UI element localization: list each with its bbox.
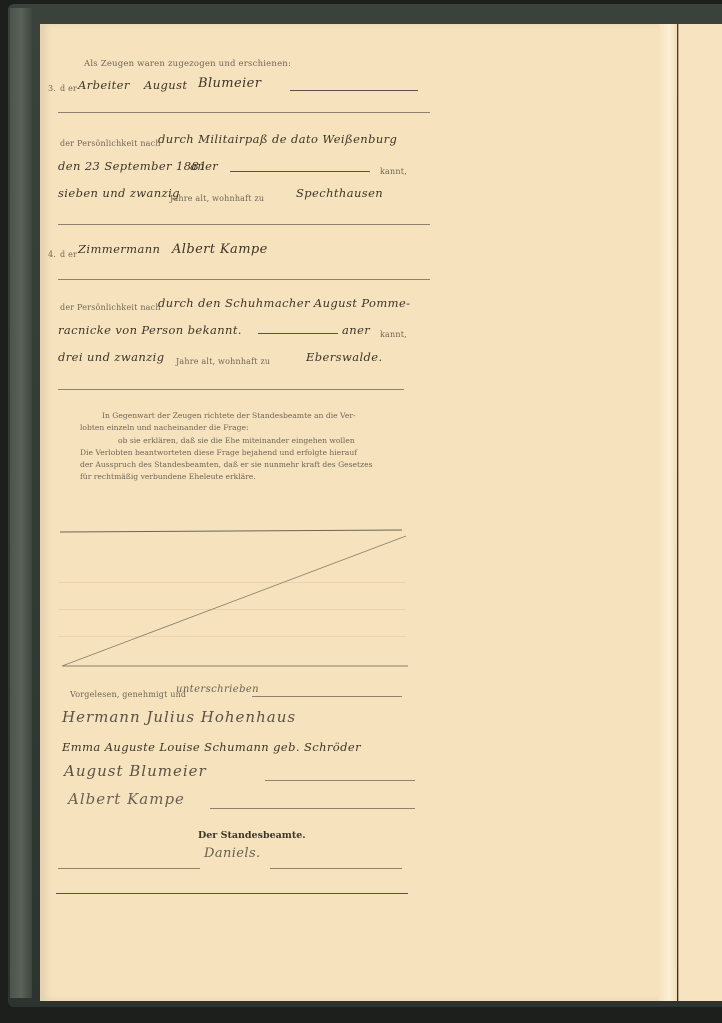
witness4-number: 4. xyxy=(48,250,56,259)
witness4-residence: Eberswalde. xyxy=(306,350,383,364)
witness4-prefix: d er xyxy=(60,250,77,259)
witness4-separator xyxy=(58,279,430,280)
official-signature: Daniels. xyxy=(204,846,261,861)
signature-witness4-rule xyxy=(210,808,415,809)
signature-groom: Hermann Julius Hohenhaus xyxy=(62,708,296,726)
signature-witness3: August Blumeier xyxy=(64,762,207,780)
declaration-line: lobten einzeln und nacheinander die Frag… xyxy=(80,422,410,434)
declaration-paragraph: In Gegenwart der Zeugen richtete der Sta… xyxy=(80,410,410,484)
declaration-line: der Ausspruch des Standesbeamten, daß er… xyxy=(80,459,410,471)
official-rule-right xyxy=(270,868,402,869)
signature-label-hand: unterschrieben xyxy=(176,684,259,695)
signature-witness4: Albert Kampe xyxy=(68,790,185,808)
witness4-identity-line1: durch den Schuhmacher August Pomme- xyxy=(158,296,410,310)
witness-intro: Als Zeugen waren zugezogen und erschiene… xyxy=(84,59,291,69)
witness3-residence: Spechthausen xyxy=(296,186,383,200)
witness4-name: Albert Kampe xyxy=(172,242,268,257)
witness3-occupation: Arbeiter xyxy=(78,78,130,92)
witness4-identity-suffix: aner xyxy=(342,323,370,337)
witness4-identity-rule xyxy=(258,333,338,334)
witness4-age-label: Jahre alt, wohnhaft zu xyxy=(176,357,270,366)
witness3-kannt: kannt, xyxy=(380,167,407,176)
witness3-age: sieben und zwanzig xyxy=(58,186,180,200)
witness3-bottom-rule xyxy=(58,224,430,225)
witness4-identity-label: der Persönlichkeit nach xyxy=(60,303,161,312)
witness3-identity-line2: den 23 September 1881 xyxy=(58,159,207,173)
witness4-age: drei und zwanzig xyxy=(58,350,165,364)
page-fold xyxy=(659,24,677,1001)
official-rule-left xyxy=(58,868,200,869)
official-bottom-rule xyxy=(56,893,408,894)
declaration-line: für rechtmäßig verbundene Eheleute erklä… xyxy=(80,471,410,483)
witness3-surname: Blumeier xyxy=(198,76,261,91)
signature-label: Vorgelesen, genehmigt und xyxy=(70,690,186,699)
signature-witness3-rule xyxy=(265,780,415,781)
witness3-firstname: August xyxy=(144,78,187,92)
page-content: Als Zeugen waren zugezogen und erschiene… xyxy=(40,24,440,1001)
signature-label-rule xyxy=(252,696,402,697)
witness4-kannt: kannt, xyxy=(380,330,407,339)
witness4-occupation: Zimmermann xyxy=(78,242,160,256)
strike-through-z-mark xyxy=(58,524,410,670)
declaration-line: Die Verlobten beantworteten diese Frage … xyxy=(80,447,410,459)
declaration-question: ob sie erklären, daß sie die Ehe miteina… xyxy=(80,435,410,447)
witness3-number: 3. xyxy=(48,84,56,93)
declaration-line: In Gegenwart der Zeugen richtete der Sta… xyxy=(80,410,410,422)
next-page-edge xyxy=(678,24,722,1001)
witness3-age-label: Jahre alt, wohnhaft zu xyxy=(170,194,264,203)
witness4-bottom-rule xyxy=(58,389,404,390)
signature-bride: Emma Auguste Louise Schumann geb. Schröd… xyxy=(62,740,361,754)
witness3-identity-line1: durch Militairpaß de dato Weißenburg xyxy=(158,132,397,146)
witness3-identity-suffix: aner xyxy=(190,159,218,173)
witness3-prefix: d er xyxy=(60,84,77,93)
witness3-name-rule xyxy=(290,90,418,91)
witness3-identity-label: der Persönlichkeit nach xyxy=(60,139,161,148)
witness4-identity-line2: racnicke von Person bekannt. xyxy=(58,323,242,337)
witness3-separator xyxy=(58,112,430,113)
official-title: Der Standesbeamte. xyxy=(198,830,306,841)
witness3-identity-rule xyxy=(230,171,370,172)
book-spine-edge xyxy=(10,8,32,998)
